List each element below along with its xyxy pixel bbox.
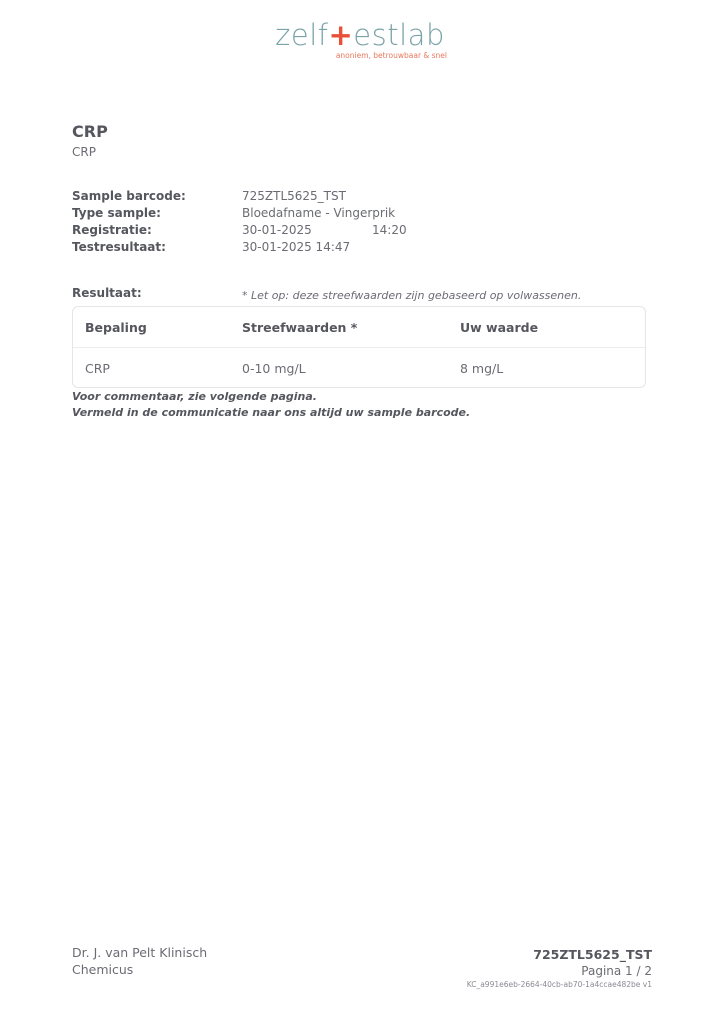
table-cell: CRP bbox=[85, 361, 110, 376]
note-comment: Voor commentaar, zie volgende pagina. bbox=[72, 389, 470, 405]
note-barcode: Vermeld in de communicatie naar ons alti… bbox=[72, 405, 470, 421]
column-header: Streefwaarden * bbox=[242, 320, 357, 335]
table-row: CRP 0-10 mg/L 8 mg/L bbox=[73, 348, 645, 388]
document-id: KC_a991e6eb-2664-40cb-ab70-1a4ccae482be … bbox=[467, 979, 652, 991]
sample-barcode-value: 725ZTL5625_TST bbox=[242, 188, 346, 205]
meta-row-testresultaat: Testresultaat: 30-01-2025 14:47 bbox=[72, 239, 432, 256]
testresultaat-value: 30-01-2025 14:47 bbox=[242, 239, 350, 256]
meta-row-barcode: Sample barcode: 725ZTL5625_TST bbox=[72, 188, 432, 205]
notes: Voor commentaar, zie volgende pagina. Ve… bbox=[72, 389, 470, 421]
registratie-time: 14:20 bbox=[372, 222, 407, 239]
column-header: Bepaling bbox=[85, 320, 147, 335]
type-sample-value: Bloedafname - Vingerprik bbox=[242, 205, 395, 222]
logo-prefix: zelf bbox=[275, 18, 328, 52]
plus-icon: + bbox=[328, 18, 353, 52]
table-cell: 8 mg/L bbox=[460, 361, 503, 376]
meta-label: Type sample: bbox=[72, 205, 242, 222]
meta-label: Sample barcode: bbox=[72, 188, 242, 205]
signer-line: Dr. J. van Pelt Klinisch bbox=[72, 944, 207, 961]
meta-row-type: Type sample: Bloedafname - Vingerprik bbox=[72, 205, 432, 222]
brand-logo: zelf+estlab bbox=[0, 18, 720, 52]
meta-row-registratie: Registratie: 30-01-2025 14:20 bbox=[72, 222, 432, 239]
signer-line: Chemicus bbox=[72, 961, 207, 978]
page-title: CRP bbox=[72, 122, 108, 141]
footer-barcode: 725ZTL5625_TST bbox=[467, 946, 652, 963]
column-header: Uw waarde bbox=[460, 320, 538, 335]
meta-label: Registratie: bbox=[72, 222, 242, 239]
footer-info: 725ZTL5625_TST Pagina 1 / 2 KC_a991e6eb-… bbox=[467, 946, 652, 991]
result-label: Resultaat: bbox=[72, 286, 142, 300]
sample-meta: Sample barcode: 725ZTL5625_TST Type samp… bbox=[72, 188, 432, 256]
result-table: Bepaling Streefwaarden * Uw waarde CRP 0… bbox=[72, 306, 646, 388]
registratie-date: 30-01-2025 bbox=[242, 222, 312, 239]
logo-wordmark: zelf+estlab bbox=[275, 18, 445, 52]
signer: Dr. J. van Pelt Klinisch Chemicus bbox=[72, 944, 207, 978]
table-header: Bepaling Streefwaarden * Uw waarde bbox=[73, 307, 645, 348]
table-cell: 0-10 mg/L bbox=[242, 361, 306, 376]
result-note: * Let op: deze streefwaarden zijn gebase… bbox=[242, 289, 581, 302]
brand-tagline: anoniem, betrouwbaar & snel bbox=[336, 51, 447, 60]
page-subtitle: CRP bbox=[72, 145, 96, 159]
page-number: Pagina 1 / 2 bbox=[467, 963, 652, 979]
meta-label: Testresultaat: bbox=[72, 239, 242, 256]
logo-suffix: estlab bbox=[353, 18, 445, 52]
